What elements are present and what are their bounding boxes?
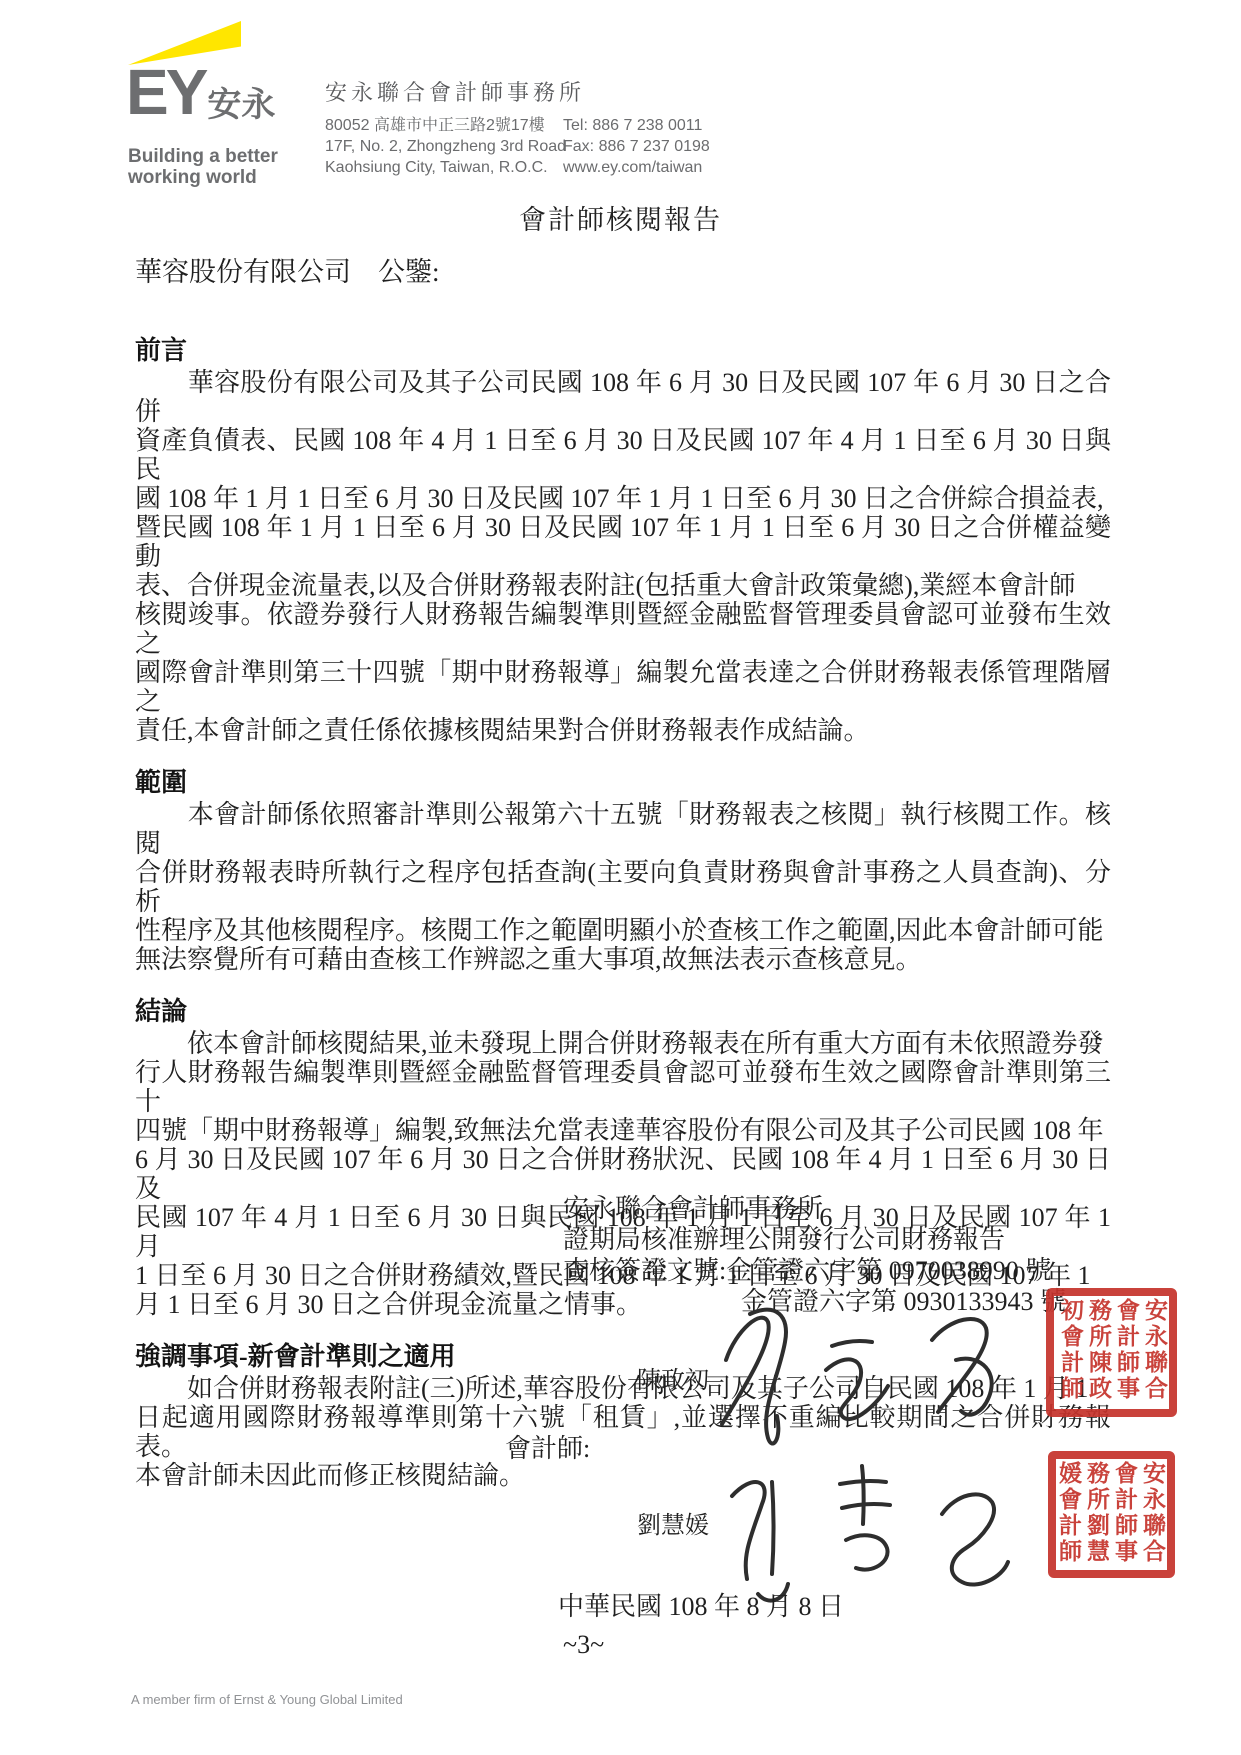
firm-address-zh: 80052 高雄市中正三路2號17樓 (325, 115, 566, 136)
report-addressee: 華容股份有限公司 公鑒: (135, 250, 440, 289)
page-number: ~3~ (563, 1630, 604, 1660)
report-title: 會計師核閱報告 (0, 198, 1241, 237)
cpa1-red-seal: 安永聯合會計師事務所陳政初會計師 (1046, 1288, 1177, 1417)
section-heading-scope: 範圍 (135, 768, 1111, 797)
ey-wordmark-chinese: 安永 (207, 88, 275, 124)
firm-website: www.ey.com/taiwan (563, 157, 710, 178)
ey-logo: EY 安永 (126, 60, 275, 124)
section-body-foreword: 華容股份有限公司及其子公司民國 108 年 6 月 30 日及民國 107 年 … (135, 368, 1111, 745)
firm-address: 80052 高雄市中正三路2號17樓 17F, No. 2, Zhongzhen… (325, 115, 566, 178)
cpa2-red-seal: 安永聯合會計師事務所劉慧媛會計師 (1048, 1451, 1175, 1578)
firm-fax: Fax: 886 7 237 0198 (563, 136, 710, 157)
firm-address-en2: Kaohsiung City, Taiwan, R.O.C. (325, 157, 566, 178)
section-body-scope: 本會計師係依照審計準則公報第六十五號「財務報表之核閱」執行核閱工作。核閱 合併財… (135, 800, 1111, 974)
firm-tel: Tel: 886 7 238 0011 (563, 115, 710, 136)
member-firm-note: A member firm of Ernst & Young Global Li… (131, 1692, 403, 1707)
firm-name: 安永聯合會計師事務所 (325, 76, 585, 107)
ey-wordmark: EY (126, 60, 205, 124)
section-heading-foreword: 前言 (135, 336, 1111, 365)
cpa1-handwritten-signature (688, 1298, 1028, 1453)
ey-tagline-line1: Building a better (128, 146, 278, 167)
review-report-page: EY 安永 Building a better working world 安永… (0, 0, 1241, 1755)
firm-contact: Tel: 886 7 238 0011 Fax: 886 7 237 0198 … (563, 115, 710, 178)
ey-tagline-line2: working world (128, 167, 278, 188)
section-scope: 範圍 本會計師係依照審計準則公報第六十五號「財務報表之核閱」執行核閱工作。核閱 … (135, 768, 1111, 974)
cpa-label: 會計師: (505, 1428, 590, 1465)
cpa2-printed-name: 劉慧媛 (637, 1505, 709, 1540)
section-heading-conclusion: 結論 (135, 997, 1111, 1026)
section-foreword: 前言 華容股份有限公司及其子公司民國 108 年 6 月 30 日及民國 107… (135, 336, 1111, 745)
ey-tagline: Building a better working world (128, 146, 278, 188)
report-date: 中華民國 108 年 8 月 8 日 (558, 1586, 844, 1623)
firm-address-en1: 17F, No. 2, Zhongzheng 3rd Road (325, 136, 566, 157)
